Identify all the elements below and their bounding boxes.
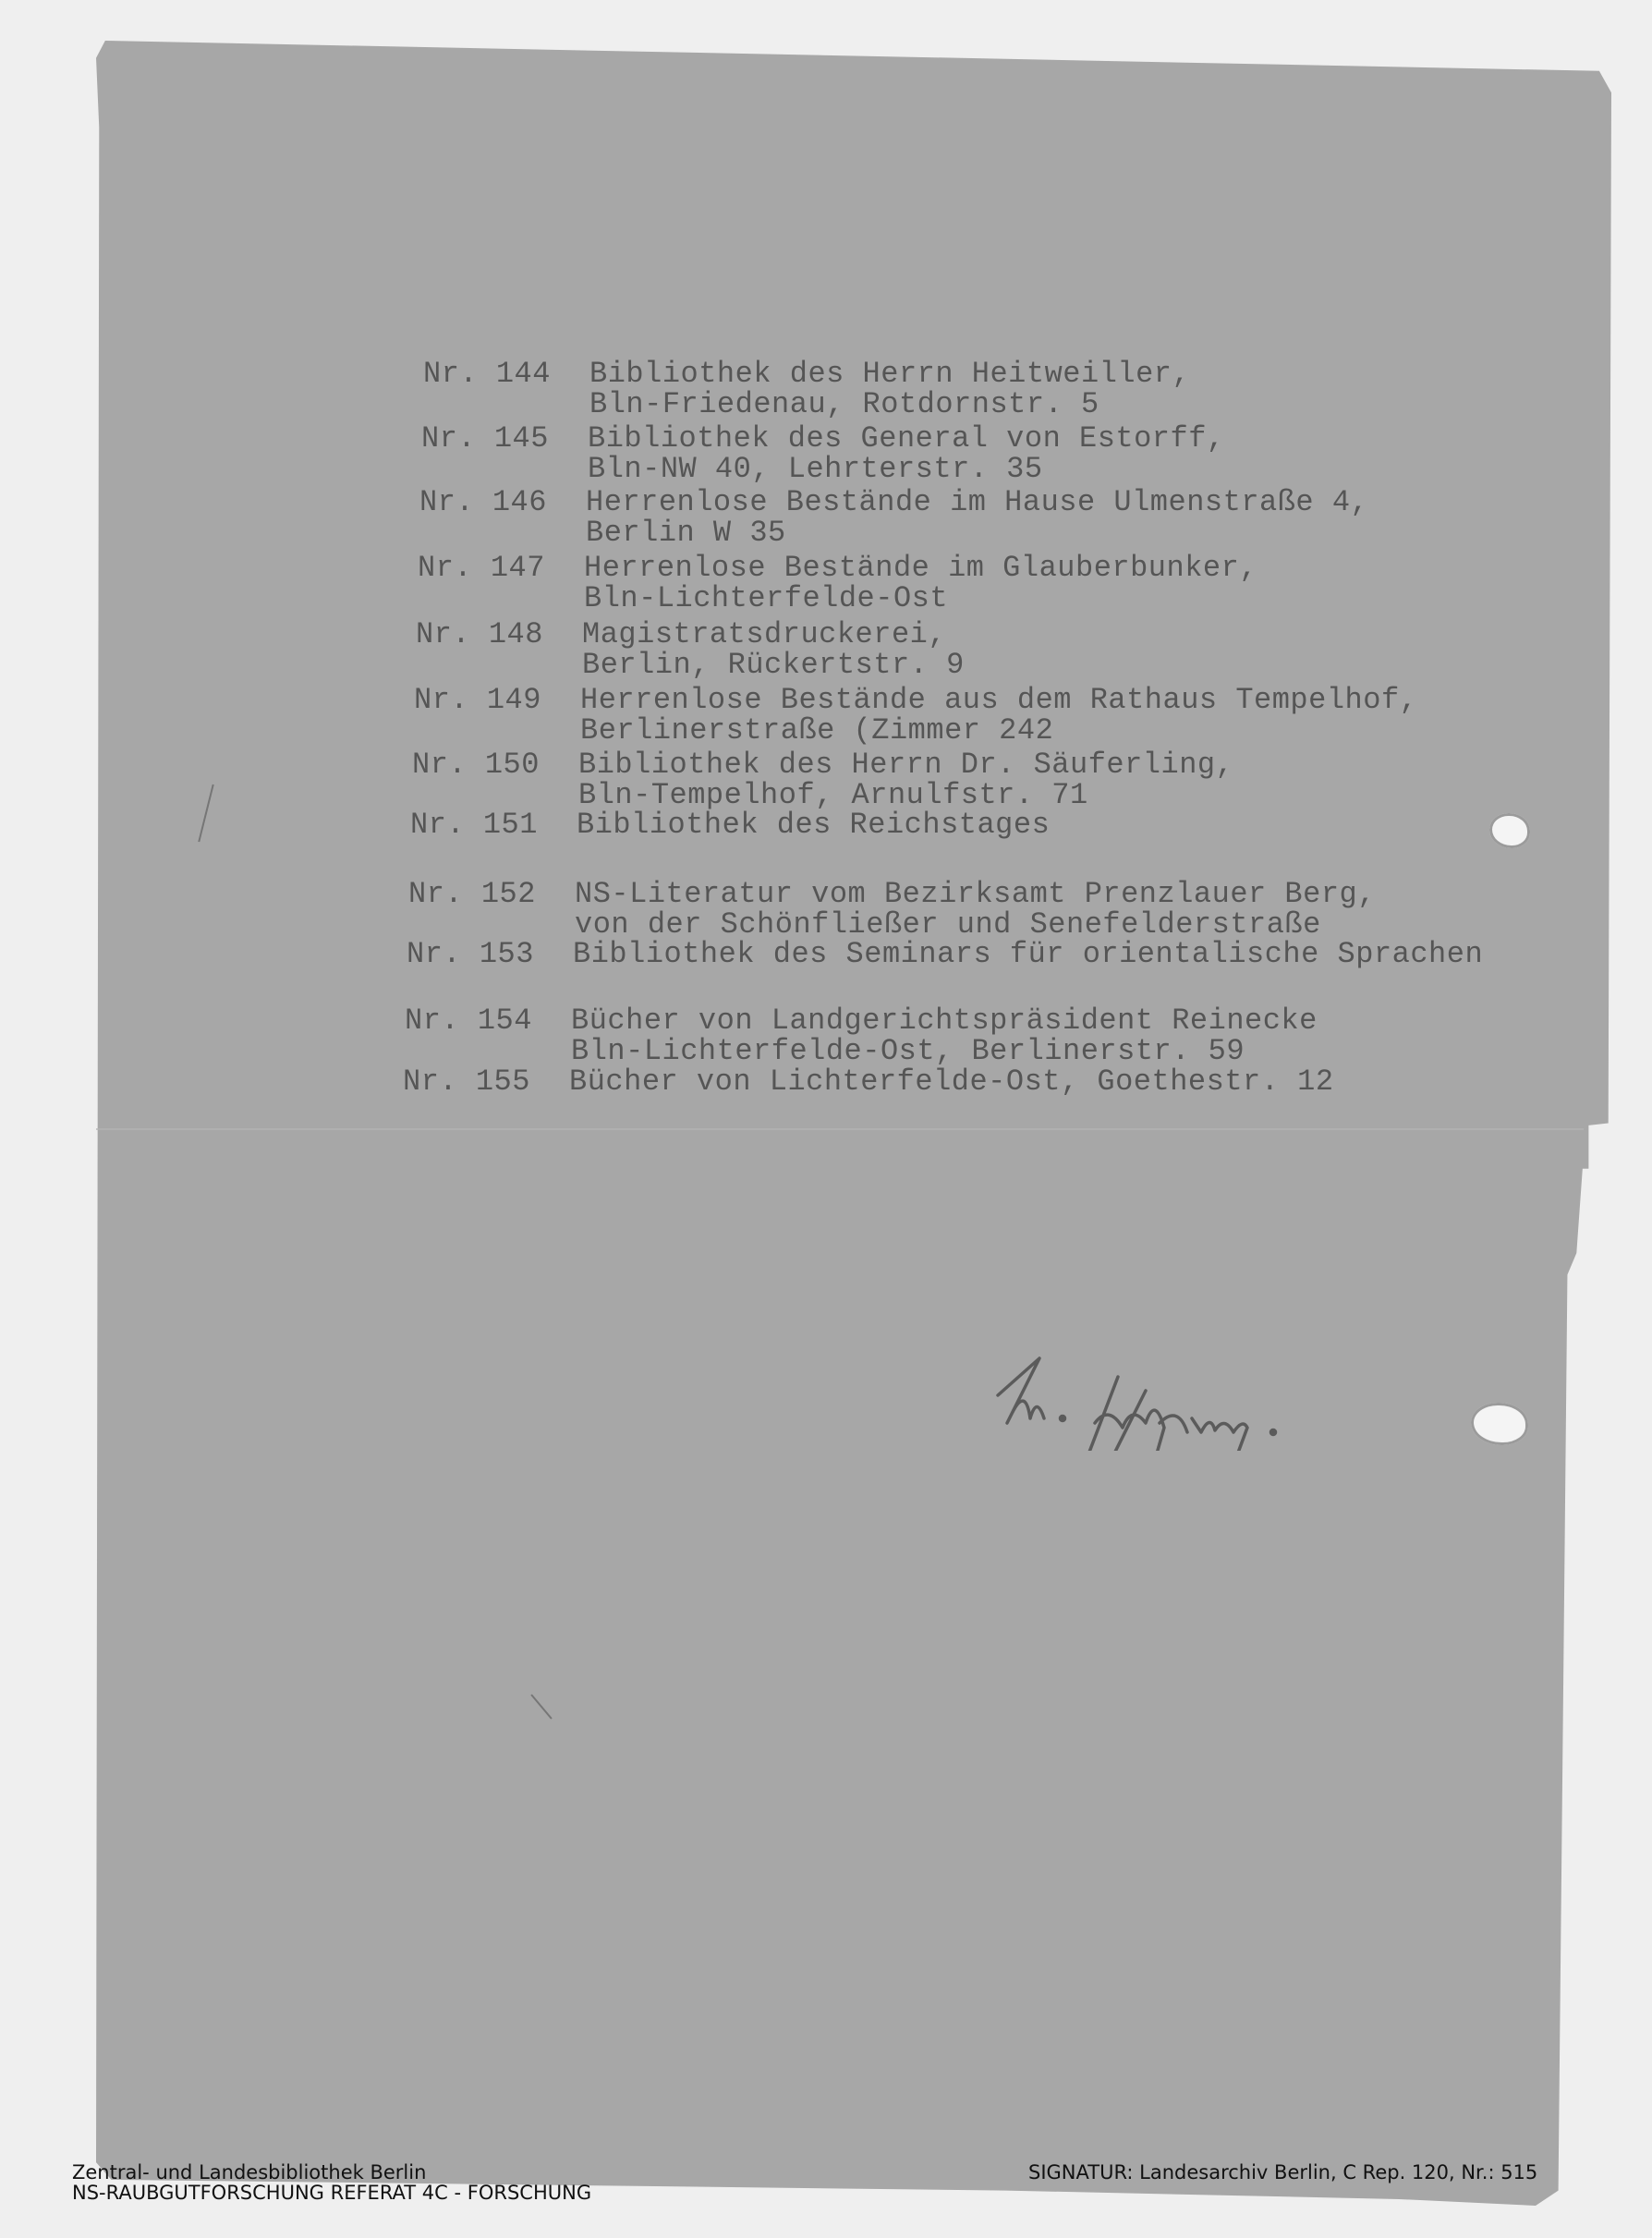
entry-line: Herrenlose Bestände im Hause Ulmenstraße…: [586, 485, 1368, 519]
entry-line: Bln-Lichterfelde-Ost: [584, 581, 948, 615]
entry-line: Bln-Lichterfelde-Ost, Berlinerstr. 59: [571, 1034, 1245, 1068]
paper-fold-line: [96, 1128, 1584, 1130]
entry-number: Nr. 150: [412, 749, 540, 780]
entry-line: Bibliothek des General von Estorff,: [588, 421, 1225, 456]
entry-number: Nr. 152: [408, 879, 536, 909]
entry-line: NS-Literatur vom Bezirksamt Prenzlauer B…: [575, 877, 1376, 911]
entry-number: Nr. 154: [405, 1005, 532, 1036]
entry-line: Bücher von Lichterfelde-Ost, Goethestr. …: [569, 1064, 1334, 1099]
entry-number: Nr. 151: [410, 809, 538, 840]
entry-number: Nr. 144: [423, 359, 551, 389]
entry-number: Nr. 145: [421, 423, 549, 454]
footer-signatur-text: SIGNATUR: Landesarchiv Berlin, C Rep. 12…: [1028, 2162, 1537, 2183]
entry-line: Herrenlose Bestände im Glauberbunker,: [584, 551, 1257, 585]
entry-number: Nr. 149: [414, 685, 541, 715]
punch-hole-lower: [1471, 1403, 1528, 1445]
footer-institution-line1: Zentral- und Landesbibliothek Berlin: [72, 2162, 591, 2183]
entry-line: Bln-Friedenau, Rotdornstr. 5: [589, 387, 1099, 421]
entry-number: Nr. 153: [407, 939, 534, 969]
entry-line: Bibliothek des Reichstages: [577, 808, 1050, 842]
entry-line: Berlin, Rückertstr. 9: [582, 648, 965, 682]
footer-institution-line2: NS-RAUBGUTFORSCHUNG REFERAT 4C - FORSCHU…: [72, 2183, 591, 2203]
footer-institution: Zentral- und Landesbibliothek Berlin NS-…: [72, 2162, 591, 2203]
entry-line: Herrenlose Bestände aus dem Rathaus Temp…: [580, 683, 1417, 717]
entry-line: Bibliothek des Seminars für orientalisch…: [573, 937, 1483, 971]
entry-line: Bibliothek des Herrn Dr. Säuferling,: [578, 748, 1233, 782]
entry-line: Berlin W 35: [586, 516, 786, 550]
entry-line: Magistratsdruckerei,: [582, 617, 946, 651]
entry-line: Bln-NW 40, Lehrterstr. 35: [588, 452, 1043, 486]
entry-number: Nr. 146: [419, 487, 547, 517]
entry-line: Bücher von Landgerichtspräsident Reineck…: [571, 1003, 1318, 1038]
entry-number: Nr. 147: [418, 553, 545, 583]
entry-number: Nr. 155: [403, 1066, 530, 1097]
entry-line: Bibliothek des Herrn Heitweiller,: [589, 357, 1190, 391]
footer-signatur: SIGNATUR: Landesarchiv Berlin, C Rep. 12…: [1028, 2162, 1537, 2183]
handwritten-signature: [924, 1331, 1312, 1455]
entry-number: Nr. 148: [416, 619, 543, 650]
punch-hole-upper: [1489, 813, 1530, 848]
entry-line: Berlinerstraße (Zimmer 242: [580, 713, 1053, 748]
signature-icon: [924, 1331, 1312, 1451]
